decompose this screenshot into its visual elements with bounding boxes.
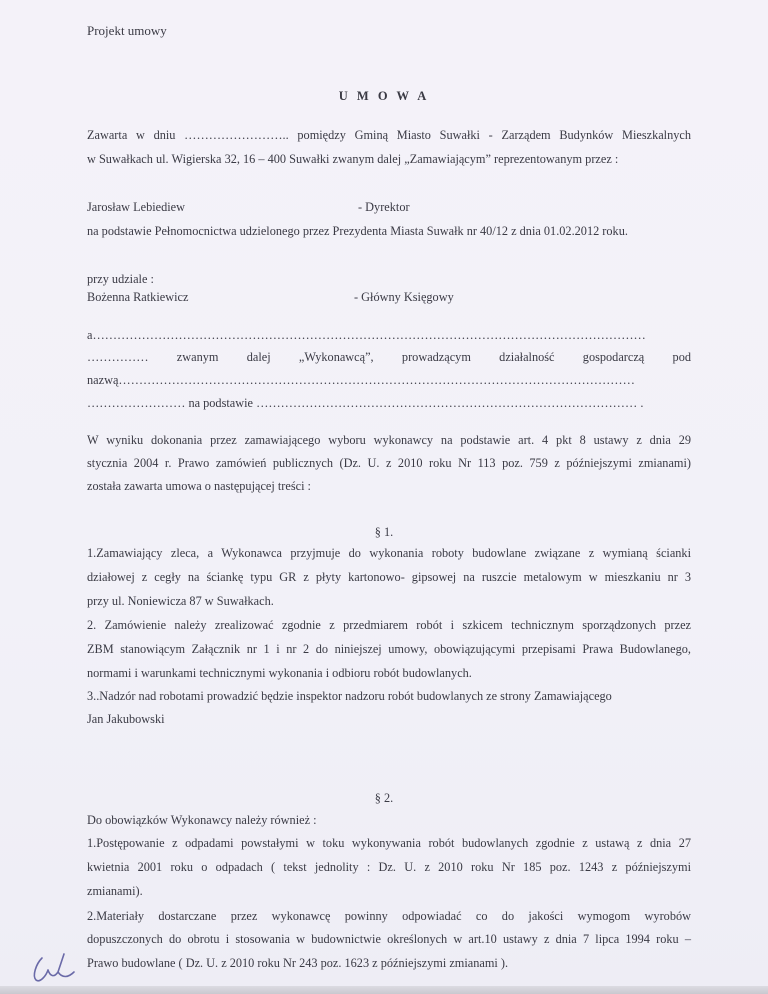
contractor-line-2: …………… zwanym dalej „Wykonawcą”, prowadzą… — [87, 350, 691, 364]
contractor-line-1: a………………………………………………………………………………………………………… — [87, 328, 691, 342]
section-2-line: zmianami). — [87, 884, 143, 898]
section-2-line: kwietnia 2001 roku o odpadach ( tekst je… — [87, 860, 691, 874]
intro-line-1: Zawarta w dniu …………………….. pomiędzy Gminą… — [87, 128, 691, 142]
section-1-line: działowej z cegły na ściankę typu GR z p… — [87, 570, 691, 584]
section-1-line: ZBM stanowiącym Załącznik nr 1 i nr 2 do… — [87, 642, 691, 656]
header-label: Projekt umowy — [87, 24, 167, 38]
intro-line-2: w Suwałkach ul. Wigierska 32, 16 – 400 S… — [87, 152, 618, 166]
section-1-line: 2. Zamówienie należy zrealizować zgodnie… — [87, 618, 691, 632]
representative-authority: na podstawie Pełnomocnictwa udzielonego … — [87, 224, 628, 238]
section-1-line: przy ul. Noniewicza 87 w Suwałkach. — [87, 594, 274, 608]
section-2-heading: § 2. — [0, 791, 768, 805]
participation-name: Bożenna Ratkiewicz — [87, 290, 188, 304]
section-2-line: Prawo budowlane ( Dz. U. z 2010 roku Nr … — [87, 956, 508, 970]
participation-role: - Główny Księgowy — [354, 290, 454, 304]
page-bottom-edge — [0, 986, 768, 994]
section-1-heading: § 1. — [0, 525, 768, 539]
handwritten-initials-icon — [28, 950, 88, 986]
representative-role: - Dyrektor — [358, 200, 410, 214]
section-2-line: Do obowiązków Wykonawcy należy również : — [87, 813, 317, 827]
representative-name: Jarosław Lebiediew — [87, 200, 185, 214]
preamble-line-2: stycznia 2004 r. Prawo zamówień publiczn… — [87, 456, 691, 470]
section-1-line: 1.Zamawiający zleca, a Wykonawca przyjmu… — [87, 546, 691, 560]
section-2-line: dopuszczonych do obrotu i stosowania w b… — [87, 932, 691, 946]
section-1-line: Jan Jakubowski — [87, 712, 165, 726]
section-2-line: 2.Materiały dostarczane przez wykonawcę … — [87, 909, 691, 923]
document-title: U M O W A — [0, 89, 768, 103]
preamble-line-3: została zawarta umowa o następującej tre… — [87, 479, 311, 493]
preamble-line-1: W wyniku dokonania przez zamawiającego w… — [87, 433, 691, 447]
document-page: Projekt umowy U M O W A Zawarta w dniu …… — [0, 0, 768, 994]
participation-label: przy udziale : — [87, 272, 154, 286]
contractor-line-4: …………………… na podstawie ………………………………………………… — [87, 396, 691, 410]
section-1-line: normami i warunkami technicznymi wykonan… — [87, 666, 472, 680]
contractor-line-3: nazwą……………………………………………………………………………………………… — [87, 373, 691, 387]
section-1-line: 3..Nadzór nad robotami prowadzić będzie … — [87, 689, 612, 703]
section-2-line: 1.Postępowanie z odpadami powstałymi w t… — [87, 836, 691, 850]
